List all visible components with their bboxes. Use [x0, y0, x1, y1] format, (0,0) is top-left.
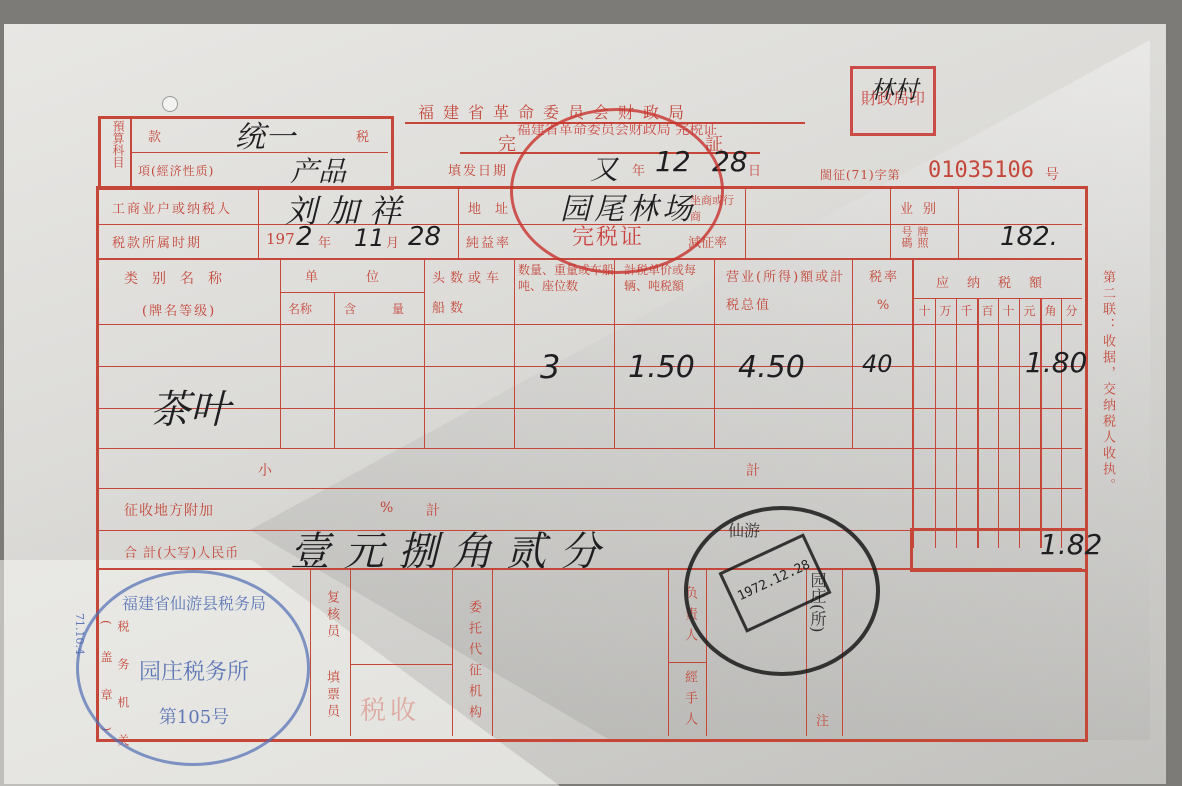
tax-due-sub-line: [912, 298, 1082, 299]
issue-date-label: 填发日期: [448, 160, 508, 179]
period-day-handwritten: 28: [408, 222, 441, 252]
row-tax-due: 1.80: [1025, 346, 1087, 379]
license-value: 182.: [1000, 222, 1058, 252]
col-line: [514, 258, 515, 448]
row-tax-rate: 40: [862, 350, 893, 378]
footer-col-line: [492, 570, 493, 736]
stamp-text: 福建省革命委员会财政局 完税证: [513, 119, 721, 139]
tax-paid-stamp-text: 完税证: [572, 220, 644, 251]
budget-xiang-label: 項(經济性质): [138, 162, 214, 179]
digit-col-line: [1061, 298, 1062, 548]
digit-label: 万: [935, 302, 956, 319]
body-row-line: [96, 408, 1082, 409]
budget-side-label: 預算科目: [110, 120, 127, 168]
period-label: 税款所属时期: [112, 232, 202, 251]
taxpayer-name-label: 工商业户或纳税人: [112, 198, 232, 217]
period-year-label: 年: [318, 232, 333, 251]
postmark-date-stamp: 仙游 1972.12.28 园庄(所): [684, 506, 880, 676]
body-row-line: [96, 488, 1082, 489]
footer-col-line: [452, 570, 453, 736]
footer-col-line: [310, 570, 311, 736]
serial-prefix: 閩征(71)字第: [820, 166, 901, 183]
col-line: [852, 258, 853, 448]
digit-col-line: [977, 298, 979, 548]
profit-rate-label: 純益率: [466, 232, 511, 251]
header-head-count: 头数或车船数: [432, 264, 512, 324]
surcharge-ji: 計: [426, 500, 442, 520]
subtotal-label-left: 小: [258, 460, 274, 480]
period-year-prefix: 197: [266, 230, 295, 248]
license-label: 牌照号碼: [898, 226, 930, 258]
col-line: [280, 258, 281, 448]
issue-day-label: 日: [748, 160, 763, 179]
handler-label: 經手人: [680, 670, 699, 733]
footer-col-line: [350, 570, 351, 736]
digit-col-line: [956, 298, 957, 548]
blue-stamp-mid: 园庄税务所: [99, 655, 289, 686]
digit-label: 千: [956, 302, 977, 319]
header-revenue: 营业(所得)額或計税总值: [726, 264, 850, 320]
body-row-line: [96, 448, 1082, 449]
col-line: [958, 186, 959, 258]
digit-label: 分: [1061, 302, 1082, 319]
col-line: [258, 186, 259, 258]
period-year-handwritten: 2: [296, 222, 313, 252]
unit-sub-line: [280, 292, 424, 293]
blue-stamp-bottom: 第105号: [99, 703, 289, 729]
digit-label: 角: [1040, 302, 1061, 319]
row-revenue: 4.50: [738, 350, 805, 385]
col-line: [714, 258, 715, 448]
col-line: [890, 186, 891, 258]
budget-kuan-value: 统一: [235, 112, 295, 156]
col-line: [458, 186, 459, 258]
period-month-handwritten: 11: [354, 224, 385, 252]
digit-col-line: [1019, 298, 1020, 548]
remarks-label: 注: [816, 710, 831, 729]
copy-side-note: 第二联：收据，交纳税人收执。: [1098, 270, 1117, 494]
digit-col-line: [935, 298, 936, 548]
faded-red-stamp: 税收: [360, 690, 420, 727]
digit-label: 元: [1019, 302, 1040, 319]
postmark-top: 仙游: [728, 518, 760, 541]
total-amount-handwritten: 1.82: [1040, 528, 1102, 561]
col-line: [424, 258, 425, 448]
agent-label: 委托代征机构: [464, 600, 483, 726]
signature-handwritten: 林村: [870, 70, 918, 105]
digit-label: 十: [998, 302, 1019, 319]
header-tax-due: 应纳税額: [936, 272, 1060, 291]
col-line: [614, 258, 615, 448]
punch-hole: [162, 96, 178, 112]
period-month-label: 月: [386, 232, 401, 251]
footer-row-line: [350, 664, 452, 665]
digit-label: 十: [914, 302, 935, 319]
row-quantity: 3: [540, 348, 560, 386]
budget-xiang-value: 产品: [290, 150, 346, 190]
industry-label: 业别: [900, 198, 946, 217]
total-words-handwritten: 壹元捌角贰分: [290, 520, 614, 577]
header-tax-rate: 税率 %: [862, 264, 906, 320]
serial-number: 01035106: [928, 158, 1034, 183]
header-unit: 单位: [305, 266, 427, 285]
digit-col-line: [998, 298, 999, 548]
postmark-bottom: 园庄(所): [806, 572, 829, 632]
body-row-line: [96, 366, 1082, 367]
reviewer-label: 复核员: [322, 590, 341, 641]
budget-kuan-label: 款: [148, 126, 163, 145]
footer-row-line: [668, 662, 706, 663]
col-line: [745, 186, 746, 258]
digit-col-line: [1040, 298, 1042, 548]
header-category-sub: (牌名等级): [142, 300, 216, 319]
budget-shui-label: 税: [356, 126, 371, 145]
total-label: 合 計(大写)人民币: [124, 542, 239, 561]
row-unit-price: 1.50: [628, 350, 695, 385]
budget-divider: [130, 116, 132, 186]
header-category: 类别名称: [124, 268, 236, 288]
blue-stamp-side: 71.10.4: [73, 613, 86, 655]
col-line: [334, 292, 335, 448]
header-unit-name: 名称: [288, 300, 312, 317]
header-unit-content: 含量: [344, 300, 440, 317]
county-tax-bureau-stamp: 福建省仙游县税务局 园庄税务所 第105号 71.10.4: [76, 570, 310, 766]
filler-label: 填票员: [322, 670, 341, 721]
row-category: 茶叶: [150, 378, 230, 435]
serial-suffix: 号: [1045, 164, 1061, 184]
subtotal-label-right: 計: [746, 460, 762, 480]
surcharge-label: 征收地方附加: [124, 500, 214, 520]
footer-col-line: [668, 570, 669, 736]
surcharge-pct: %: [380, 500, 395, 516]
blue-stamp-top: 福建省仙游县税务局: [99, 591, 289, 614]
digit-label: 百: [977, 302, 998, 319]
